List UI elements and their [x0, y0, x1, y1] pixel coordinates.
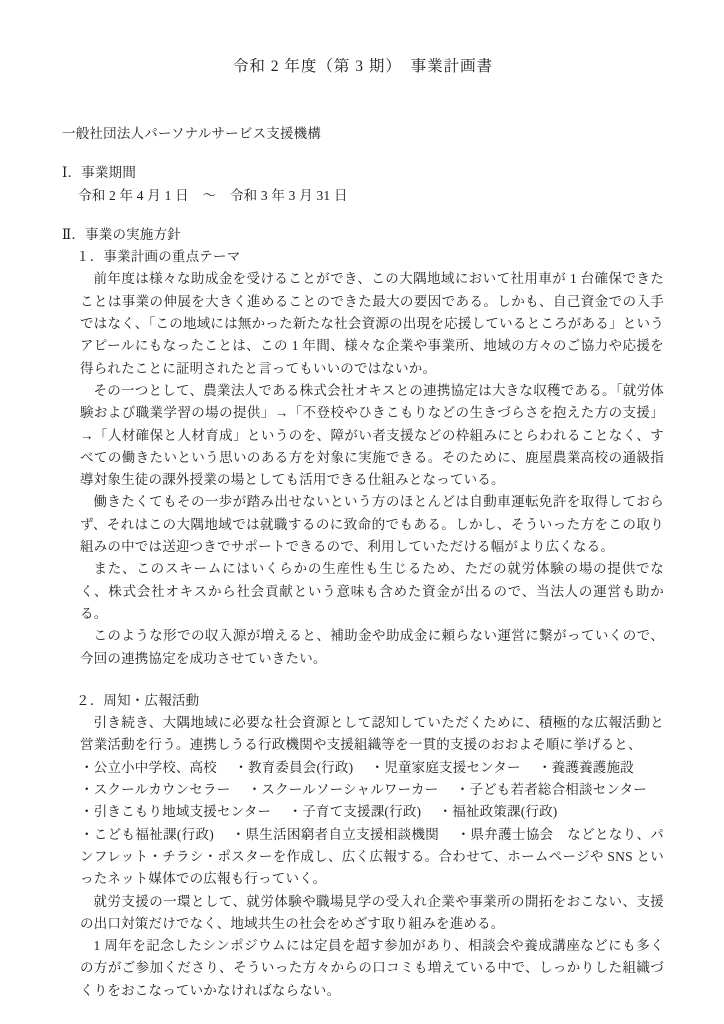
subsection-theme-heading: １．事業計画の重点テーマ	[62, 246, 664, 268]
subsection-pr-heading: ２．周知・広報活動	[62, 690, 664, 712]
organization-name: 一般社団法人パーソナルサービス支援機構	[62, 123, 664, 145]
partner-list-row-3: ・引きこもり地域支援センター ・子育て支援課(行政) ・福祉政策課(行政)	[80, 801, 664, 823]
section-implementation-policy: Ⅱ．事業の実施方針 １．事業計画の重点テーマ 前年度は様々な助成金を受けることが…	[62, 224, 664, 1002]
pr-paragraph-2: 就労支援の一環として、就労体験や職場見学の受入れ企業や事業所の開拓をおこない、支…	[80, 891, 664, 936]
partner-list-row-1: ・公立小中学校、高校 ・教育委員会(行政) ・児童家庭支援センター ・養護養護施…	[80, 757, 664, 779]
theme-paragraph-4: また、このスキームにはいくらかの生産性も生じるため、ただの就労体験の場の提供でな…	[80, 558, 664, 625]
section-period-heading: Ⅰ．事業期間	[62, 162, 664, 184]
document-page: 令和 2 年度（第 3 期） 事業計画書 一般社団法人パーソナルサービス支援機構…	[0, 0, 724, 1024]
theme-body: 前年度は様々な助成金を受けることができ、この大隅地域において社用車が 1 台確保…	[62, 268, 664, 669]
partner-list-row-4: ・こども福祉課(行政) ・県生活困窮者自立支援相談機関 ・県弁護士協会 などとな…	[80, 824, 664, 891]
theme-paragraph-1: 前年度は様々な助成金を受けることができ、この大隅地域において社用車が 1 台確保…	[80, 268, 664, 379]
partner-list-row-2: ・スクールカウンセラー ・スクールソーシャルワーカー ・子ども若者総合相談センタ…	[80, 779, 664, 801]
theme-paragraph-5: このような形での収入源が増えると、補助金や助成金に頼らない運営に繋がっていくので…	[80, 625, 664, 670]
section-policy-heading: Ⅱ．事業の実施方針	[62, 224, 664, 246]
section-business-period: Ⅰ．事業期間 令和 2 年 4 月 1 日 ～ 令和 3 年 3 月 31 日	[62, 162, 664, 207]
theme-paragraph-2: その一つとして、農業法人である株式会社オキスとの連携協定は大きな収穫である。「就…	[80, 380, 664, 491]
pr-body: 引き続き、大隅地域に必要な社会資源として認知していただくために、積極的な広報活動…	[62, 712, 664, 1002]
theme-paragraph-3: 働きたくてもその一歩が踏み出せないという方のほとんどは自動車運転免許を取得してお…	[80, 491, 664, 558]
business-period-value: 令和 2 年 4 月 1 日 ～ 令和 3 年 3 月 31 日	[62, 185, 664, 207]
pr-paragraph-3: 1 周年を記念したシンポジウムには定員を超す参加があり、相談会や養成講座などにも…	[80, 935, 664, 1002]
document-title: 令和 2 年度（第 3 期） 事業計画書	[62, 55, 664, 79]
pr-intro-paragraph: 引き続き、大隅地域に必要な社会資源として認知していただくために、積極的な広報活動…	[80, 712, 664, 757]
